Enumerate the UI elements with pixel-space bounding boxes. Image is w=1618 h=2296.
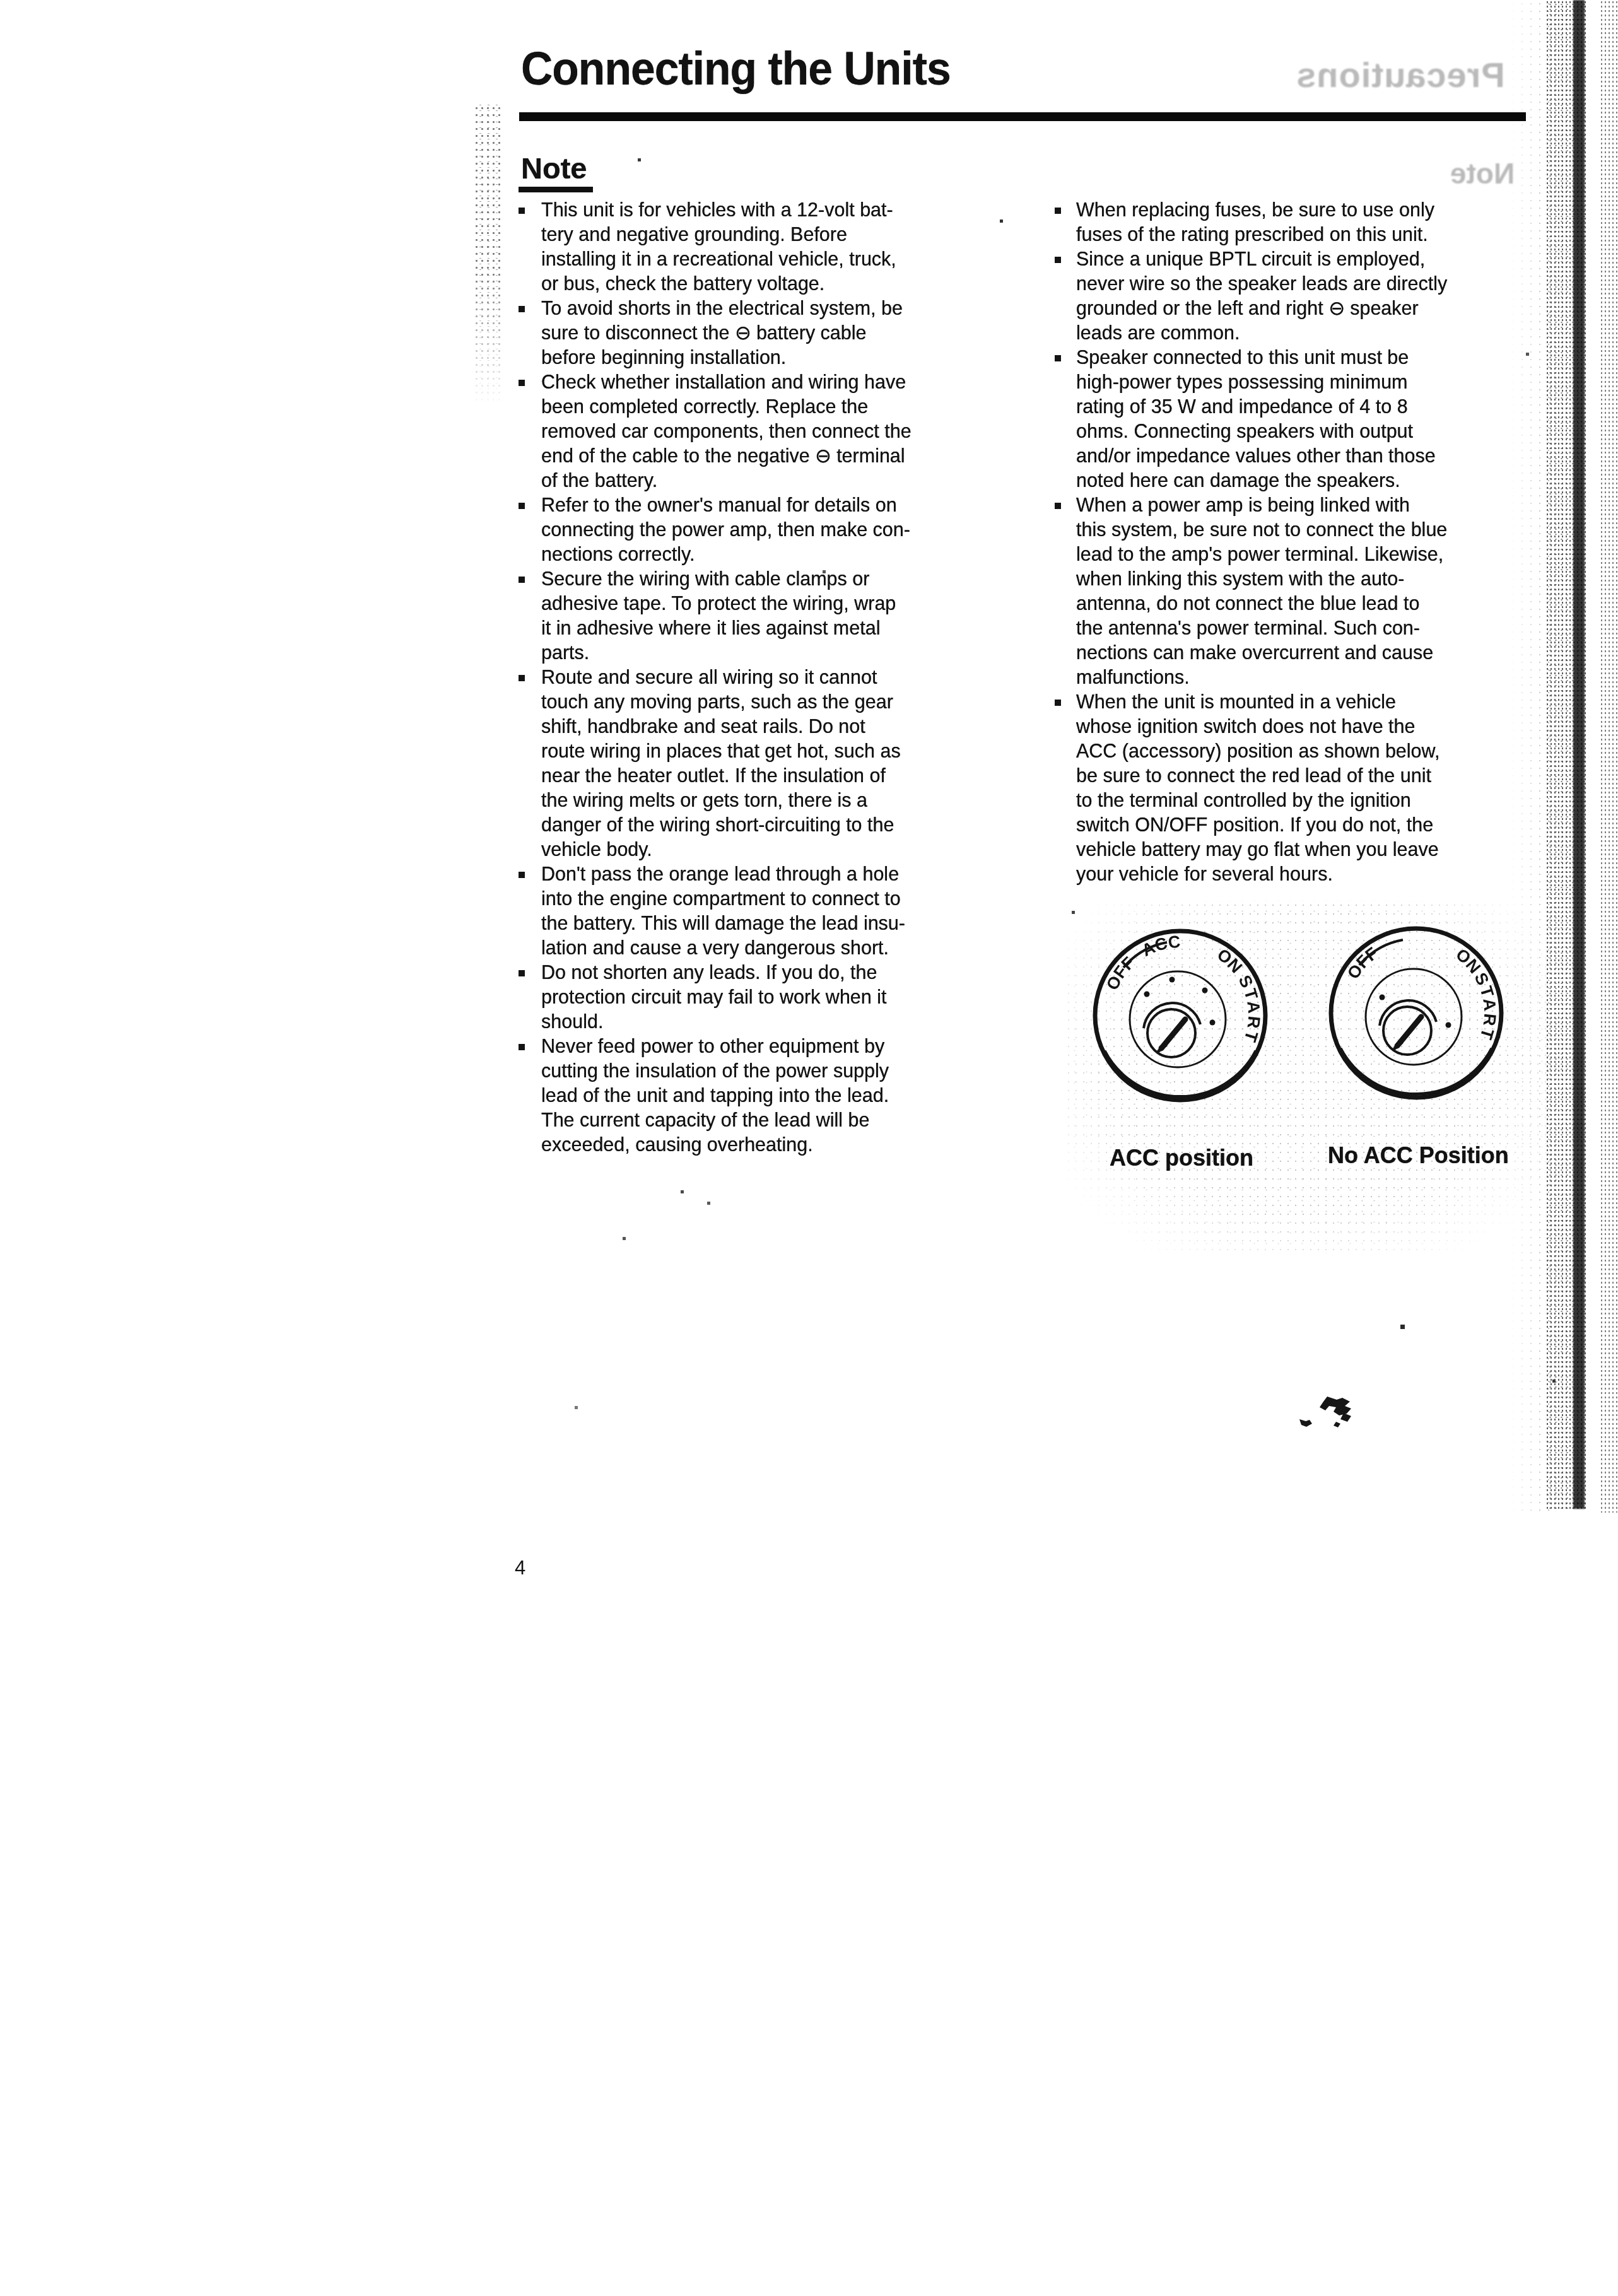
bullet-text: Don't pass the orange lead through a hol… — [541, 862, 905, 961]
bullet-marker — [1055, 690, 1076, 706]
note-bullet: Do not shorten any leads. If you do, the… — [519, 961, 1033, 1034]
bullet-marker — [1055, 493, 1076, 509]
bullet-text: When the unit is mounted in a vehicle wh… — [1076, 690, 1439, 887]
note-bullet: When the unit is mounted in a vehicle wh… — [1055, 690, 1559, 887]
page-number: 4 — [515, 1557, 525, 1579]
note-heading: Note — [521, 153, 587, 183]
note-bullet: To avoid shorts in the electrical system… — [519, 296, 1033, 370]
bullet-marker — [519, 1034, 541, 1050]
scanned-manual-page: Precautions Note Connecting the Units No… — [0, 0, 1618, 2296]
ink-smudge-artifact — [1294, 1391, 1364, 1432]
bullet-text: Refer to the owner's manual for details … — [541, 493, 910, 567]
note-bullet: Speaker connected to this unit must be h… — [1055, 346, 1559, 493]
bullet-marker — [519, 961, 541, 976]
bullet-text: Speaker connected to this unit must be h… — [1076, 346, 1436, 493]
bullet-marker — [1055, 198, 1076, 214]
note-bullet: Check whether installation and wiring ha… — [519, 370, 1033, 493]
bullet-text: Never feed power to other equipment by c… — [541, 1034, 889, 1157]
note-heading-underline — [519, 187, 593, 192]
bullet-marker — [1055, 247, 1076, 263]
scan-halftone-strip-artifact — [474, 105, 501, 407]
note-right-column: When replacing fuses, be sure to use onl… — [1055, 198, 1559, 887]
scan-speckle-around-diagrams — [1065, 901, 1551, 1254]
bullet-text: Check whether installation and wiring ha… — [541, 370, 912, 493]
note-bullet: Refer to the owner's manual for details … — [519, 493, 1033, 567]
note-bullet: When replacing fuses, be sure to use onl… — [1055, 198, 1559, 247]
bullet-marker — [1055, 346, 1076, 361]
bullet-text: To avoid shorts in the electrical system… — [541, 296, 903, 370]
note-bullet: Route and secure all wiring so it cannot… — [519, 665, 1033, 862]
title-divider-rule — [519, 112, 1526, 121]
note-bullet: Don't pass the orange lead through a hol… — [519, 862, 1033, 961]
note-bullet: Never feed power to other equipment by c… — [519, 1034, 1033, 1157]
bullet-text: This unit is for vehicles with a 12-volt… — [541, 198, 896, 296]
bullet-marker — [519, 665, 541, 681]
bullet-marker — [519, 862, 541, 878]
ghost-precautions-bleedthrough: Precautions — [1281, 54, 1520, 95]
bullet-text: Do not shorten any leads. If you do, the… — [541, 961, 887, 1034]
bullet-marker — [519, 493, 541, 509]
scan-edge-dark-stripe-artifact — [1573, 0, 1585, 1509]
bullet-text: When replacing fuses, be sure to use onl… — [1076, 198, 1434, 247]
scan-far-edge-halftone-artifact — [1600, 0, 1618, 1513]
bullet-text: Secure the wiring with cable clamps or a… — [541, 567, 896, 665]
bullet-marker — [519, 296, 541, 312]
bullet-marker — [519, 370, 541, 386]
bullet-text: When a power amp is being linked with th… — [1076, 493, 1447, 690]
bullet-text: Route and secure all wiring so it cannot… — [541, 665, 901, 862]
note-bullet: This unit is for vehicles with a 12-volt… — [519, 198, 1033, 296]
scan-speck-dots-artifact — [0, 0, 2, 2]
page-title: Connecting the Units — [521, 45, 951, 92]
note-bullet: Since a unique BPTL circuit is employed,… — [1055, 247, 1559, 346]
note-bullet: When a power amp is being linked with th… — [1055, 493, 1559, 690]
bullet-text: Since a unique BPTL circuit is employed,… — [1076, 247, 1447, 346]
note-left-column: This unit is for vehicles with a 12-volt… — [519, 198, 1033, 1157]
bullet-marker — [519, 567, 541, 583]
bullet-marker — [519, 198, 541, 214]
note-bullet: Secure the wiring with cable clamps or a… — [519, 567, 1033, 665]
